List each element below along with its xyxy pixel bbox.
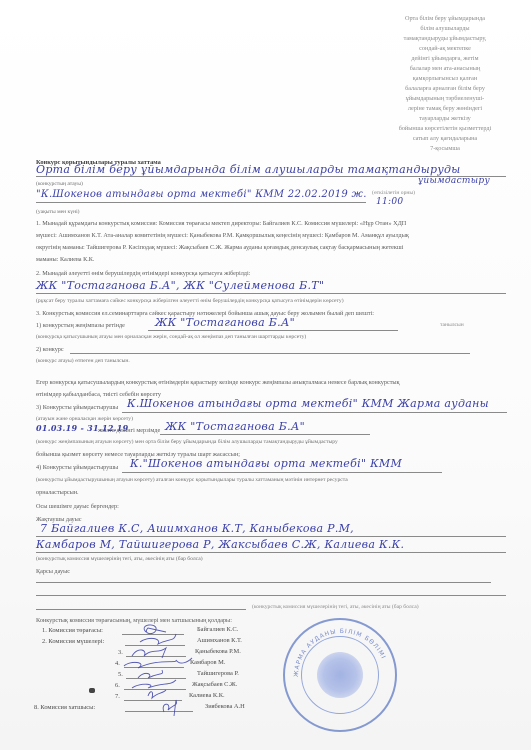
appendix-line: сатып алу қағидаларына [380, 134, 510, 144]
place-date-handwritten: "К.Шокенов атындағы орта мектебі" КММ 22… [36, 189, 367, 200]
contest-name-handwritten: Орта білім беру ұйымдарында білім алушыл… [36, 163, 461, 176]
sig-name: Зиябекова А.Н [205, 703, 245, 710]
appendix-note: Орта білім беру ұйымдарында білім алушыл… [380, 14, 510, 154]
item4-prefix: 4) Конкурсты ұйымдастырушы [36, 463, 118, 472]
item2-prefix: 2) конкурс [36, 345, 64, 354]
sig-name: Байгалиев К.С. [197, 626, 238, 633]
protocol-page: Орта білім беру ұйымдарында білім алушыл… [0, 0, 531, 750]
item3-organizer-handwritten: К.Шокенов атындағы орта мектебі" КММ Жар… [127, 397, 489, 410]
sig-name: Тайшигерова Р. [197, 670, 239, 677]
item4-organizer-handwritten: К."Шокенов атындағы орта мектебі" КММ [130, 457, 402, 470]
item2-underline [70, 353, 470, 354]
appendix-line: тауарларды жеткізу [380, 114, 510, 124]
item3-winner-handwritten: ЖК "Тостаганова Б.А" [165, 420, 305, 433]
section1-line: округінің маманы: Тайшигерова Р. Кәсіпод… [36, 243, 403, 252]
appendix-line: леріне тамақ беру жөніндегі [380, 104, 510, 114]
place-label: (өткізілетін орны) [372, 190, 415, 196]
signature-scribbles [118, 620, 198, 720]
appendix-line: балалар мен ата-анасының [380, 64, 510, 74]
sig-label: 1. Комиссия төрағасы: [42, 626, 103, 636]
voting-against-underline-3 [36, 609, 246, 610]
item3-label2: (конкурс жеңімпазының атауын көрсету) ме… [36, 438, 338, 447]
item3-mid: жылға дейінгі мерзімде [98, 426, 160, 435]
voting-against-underline-1 [36, 582, 491, 583]
section2-intro: 2. Мынадай әлеуетті өнім берушілердің өт… [36, 269, 250, 278]
section1-line: мүшесі: Ашимханов К.Т. Ата-аналар комите… [36, 231, 409, 240]
item4-underline [122, 472, 442, 473]
contest-name-handwritten-2: ұйымдастыру [418, 176, 490, 186]
item3-winner-underline [160, 434, 370, 435]
voting-for-handwritten-2: Камбаров М, Тайшигерова Р, Жаксыбаев С.Ж… [36, 538, 404, 551]
sig-label: 2. Комиссия мүшелері: [42, 637, 104, 647]
time-handwritten: 11:00 [376, 197, 403, 207]
item3-underline [122, 412, 507, 413]
item4-label1: (конкурсты ұйымдастырушының атауын көрсе… [36, 476, 348, 485]
sig-name: Жақсыбаев С.Ж. [192, 681, 237, 688]
item4-label2: орналастырсын. [36, 488, 79, 497]
voting-for-underline-2 [36, 552, 506, 553]
sig-label: 8. Комиссия хатшысы: [34, 703, 95, 713]
voting-intro: Осы шешімге дауыс бергендер: [36, 502, 119, 511]
voting-against-underline-2 [36, 595, 506, 596]
item2-label: (конкурс атауы) өтпеген деп танылсын. [36, 357, 130, 366]
appendix-line: білім алушыларды [380, 24, 510, 34]
appendix-line: Орта білім беру ұйымдарында [380, 14, 510, 24]
item1-underline [148, 330, 398, 331]
appendix-line: дейінгі ұйымдарға, жетім [380, 54, 510, 64]
appendix-line: бойынша көрсетілетін қызметтерді [380, 124, 510, 134]
appendix-line: 7-қосымша [380, 144, 510, 154]
item1-label: (конкурсқа қатысушының атауы мен орналас… [36, 333, 306, 342]
stamp-text: ЖАРМА АУДАНЫ БІЛІМ БӨЛІМІ [293, 628, 387, 677]
contest-name-label: (конкурстың атауы) [36, 180, 83, 189]
voting-members-label: (конкурстық комиссия мүшелерінің тегі, а… [36, 555, 203, 564]
sig-name: Ашимханов К.Т. [197, 637, 242, 644]
appendix-line: қамқорлығынсыз қалған [380, 74, 510, 84]
section2-underline [36, 293, 506, 294]
section1-line: 1. Мынадай құрамдағы конкурстық комиссия… [36, 219, 406, 228]
time-label: (уақыты мен күні) [36, 208, 80, 217]
section2-label: (рұқсат беру туралы хаттамаға сәйкес кон… [36, 297, 344, 306]
place-date-underline [36, 202, 366, 203]
item1-winner-handwritten: ЖК "Тостаганова Б.А" [155, 316, 295, 329]
section2-handwritten: ЖК "Тостаганова Б.А", ЖК "Сулейменова Б.… [36, 279, 324, 292]
svg-text:ЖАРМА АУДАНЫ БІЛІМ БӨЛІМІ: ЖАРМА АУДАНЫ БІЛІМ БӨЛІМІ [293, 628, 387, 677]
item1-prefix: 1) конкурстың жеңімпазы ретінде [36, 321, 125, 330]
appendix-line: сондай-ақ мектепке [380, 44, 510, 54]
voting-against-label: Қарсы дауыс [36, 567, 70, 576]
voting-for-underline-1 [36, 536, 506, 537]
official-stamp: ЖАРМА АУДАНЫ БІЛІМ БӨЛІМІ [283, 618, 397, 732]
stamp-text-ring: ЖАРМА АУДАНЫ БІЛІМ БӨЛІМІ [285, 620, 399, 734]
voting-against-members-label: (конкурстық комиссия мүшелерінің тегі, а… [252, 604, 419, 610]
appendix-line: балаларға арналған білім беру [380, 84, 510, 94]
if-line-1: Егер конкурсқа қатысушылардың конкурстық… [36, 378, 400, 387]
item1-suffix: танылсын [440, 322, 464, 328]
section1-line: маманы: Калиева К.К. [36, 255, 94, 264]
item3-prefix: 3) Конкурсты ұйымдастырушы [36, 403, 118, 412]
appendix-line: ұйымдарының тәрбиеленуші- [380, 94, 510, 104]
voting-for-handwritten-1: 7 Байгалиев К.С, Ашимханов К.Т, Каныбеко… [40, 522, 354, 535]
appendix-line: тамақтандыруды ұйымдастыру, [380, 34, 510, 44]
sig-name: Қаныбекова Р.М. [195, 648, 241, 655]
ink-smudge [89, 688, 95, 693]
